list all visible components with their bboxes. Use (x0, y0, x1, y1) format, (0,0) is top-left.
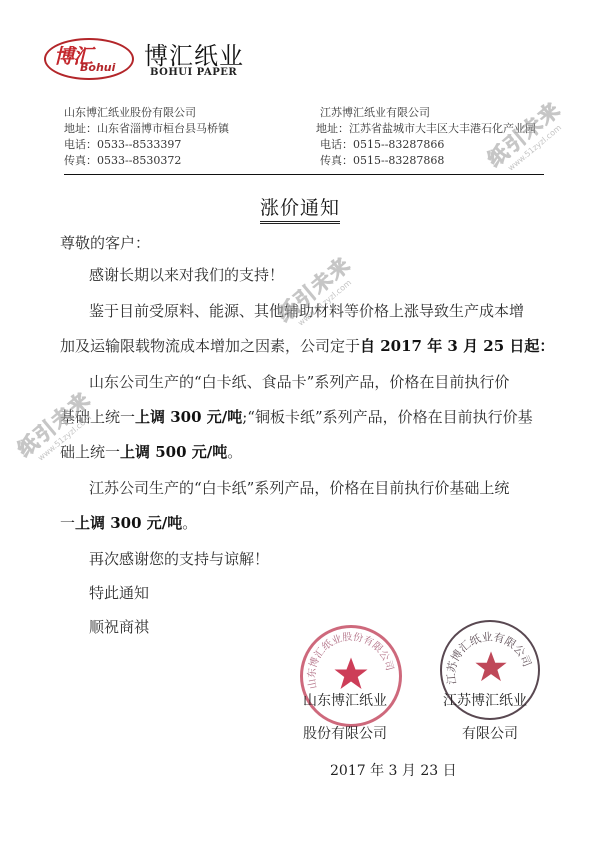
closing-regards: 顺祝商祺 (89, 616, 149, 637)
jiangsu-signature-line-1: 江苏博汇纸业 (443, 690, 527, 710)
company-phone: 电话：0533--8533397 (64, 137, 229, 153)
reason-line-1: 鉴于目前受原料、能源、其他辅助材料等价格上涨导致生产成本增 (89, 300, 524, 321)
watermark: 纸引未来 www.51zyzl.com (270, 248, 362, 334)
closing-notice: 特此通知 (89, 582, 149, 603)
company-address: 地址：山东省淄博市桓台县马桥镇 (64, 121, 229, 137)
shandong-company-seal: 山东博汇纸业股份有限公司 (300, 625, 402, 727)
shandong-line-3: 础上统一上调 500 元/吨。 (60, 441, 242, 462)
company-fax: 传真：0533--8530372 (64, 153, 229, 169)
brand-name-chinese: 博汇纸业 (144, 36, 244, 71)
reason-line-2: 加及运输限载物流成本增加之因素，公司定于自 2017 年 3 月 25 日起： (60, 335, 554, 356)
svg-text:山东博汇纸业股份有限公司: 山东博汇纸业股份有限公司 (305, 631, 396, 690)
text: ;“铜板卡纸”系列产品，价格在目前执行价基 (242, 408, 532, 426)
increase-300: 上调 300 元/吨 (135, 408, 242, 426)
increase-500: 上调 500 元/吨 (120, 443, 227, 461)
increase-300-jiangsu: 上调 300 元/吨 (75, 514, 182, 532)
jiangsu-line-2: 一上调 300 元/吨。 (60, 512, 197, 533)
text: 础上统一 (60, 443, 120, 461)
salutation: 尊敬的客户： (60, 232, 150, 253)
price-increase-notice: 博汇 Bohui 博汇纸业 BOHUI PAPER 山东博汇纸业股份有限公司 地… (0, 0, 600, 845)
bohui-logo: 博汇 Bohui (44, 34, 136, 84)
company-address: 地址：江苏省盐城市大丰区大丰港石化产业园 (316, 121, 536, 137)
shandong-company-info: 山东博汇纸业股份有限公司 地址：山东省淄博市桓台县马桥镇 电话：0533--85… (64, 105, 229, 169)
shandong-signature-line-1: 山东博汇纸业 (303, 690, 387, 710)
jiangsu-company-info: 江苏博汇纸业有限公司 地址：江苏省盐城市大丰区大丰港石化产业园 电话：0515-… (316, 105, 536, 169)
text: 一 (60, 514, 75, 532)
company-name: 江苏博汇纸业有限公司 (316, 105, 536, 121)
header-divider (64, 174, 544, 175)
thanks-paragraph: 感谢长期以来对我们的支持！ (89, 264, 284, 285)
company-name: 山东博汇纸业股份有限公司 (64, 105, 229, 121)
text: 。 (227, 443, 242, 461)
jiangsu-signature-line-2: 有限公司 (462, 723, 518, 743)
notice-title-text: 涨价通知 (260, 193, 340, 224)
company-phone: 电话：0515--83287866 (316, 137, 536, 153)
shandong-line-1: 山东公司生产的“白卡纸、食品卡”系列产品，价格在目前执行价 (89, 371, 509, 392)
jiangsu-line-1: 江苏公司生产的“白卡纸”系列产品，价格在目前执行价基础上统 (89, 477, 509, 498)
thanks-again: 再次感谢您的支持与谅解！ (89, 548, 269, 569)
company-fax: 传真：0515--83287868 (316, 153, 536, 169)
shandong-line-2: 基础上统一上调 300 元/吨;“铜板卡纸”系列产品，价格在目前执行价基 (60, 406, 533, 427)
signature-date: 2017 年 3 月 23 日 (330, 760, 457, 780)
logo-english-text: Bohui (80, 61, 115, 74)
svg-text:江苏博汇纸业有限公司: 江苏博汇纸业有限公司 (444, 629, 534, 685)
reason-text: 加及运输限载物流成本增加之因素，公司定于 (60, 337, 360, 355)
brand-name-english: BOHUI PAPER (150, 67, 237, 78)
text: 。 (182, 514, 197, 532)
shandong-signature-line-2: 股份有限公司 (303, 723, 387, 743)
notice-title: 涨价通知 (0, 193, 600, 224)
effective-date: 自 2017 年 3 月 25 日起： (360, 337, 554, 355)
text: 基础上统一 (60, 408, 135, 426)
